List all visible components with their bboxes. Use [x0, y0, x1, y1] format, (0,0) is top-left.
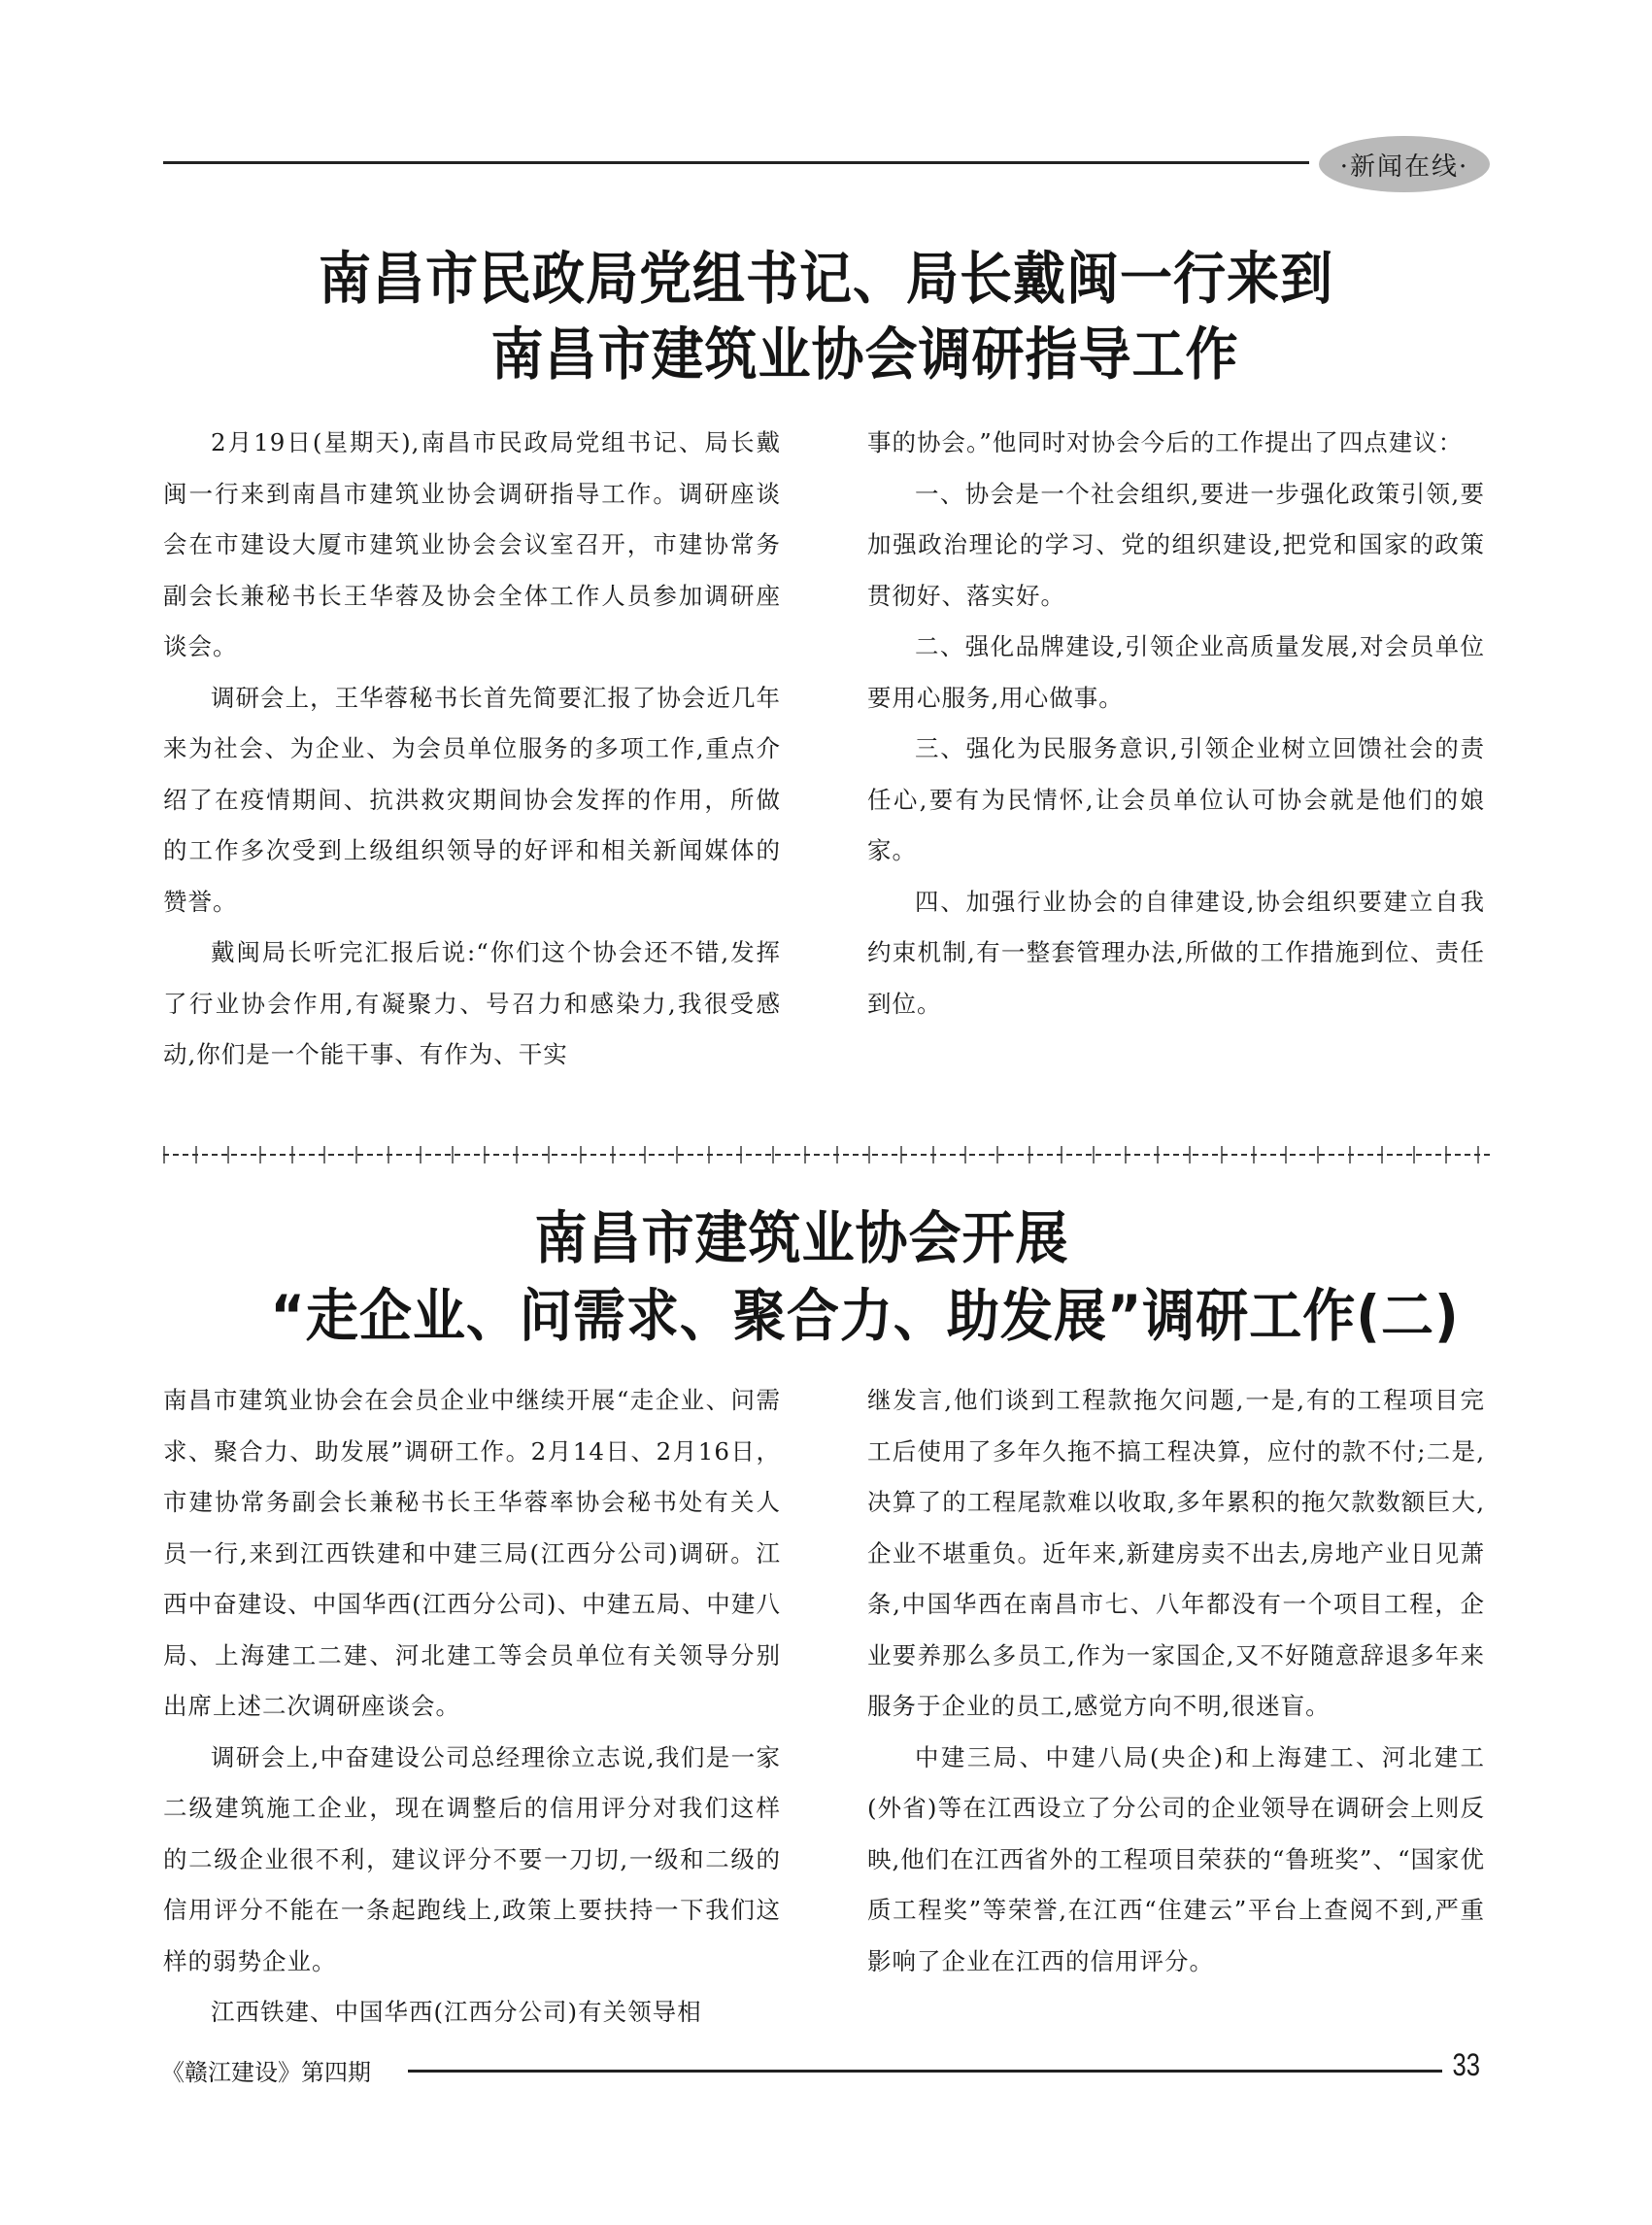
article2-title-line1: 南昌市建筑业协会开展: [0, 1194, 1628, 1274]
paragraph: 南昌市建筑业协会在会员企业中继续开展“走企业、问需求、聚合力、助发展”调研工作。…: [163, 1375, 781, 1733]
paragraph: 江西铁建、中国华西(江西分公司)有关领导相: [163, 1987, 781, 2039]
paragraph: 二、强化品牌建设,引领企业高质量发展,对会员单位要用心服务,用心做事。: [867, 622, 1485, 724]
section-badge: ·新闻在线·: [1319, 136, 1490, 192]
article2-right-column: 继发言,他们谈到工程款拖欠问题,一是,有的工程项目完工后使用了多年久拖不搞工程决…: [867, 1375, 1485, 1987]
article1-right-column: 事的协会。”他同时对协会今后的工作提出了四点建议： 一、协会是一个社会组织,要进…: [867, 418, 1485, 1029]
paragraph: 调研会上，王华蓉秘书长首先简要汇报了协会近几年来为社会、为企业、为会员单位服务的…: [163, 673, 781, 928]
article2-title-line2: “走企业、问需求、聚合力、助发展”调研工作(二): [39, 1271, 1652, 1352]
paragraph: 戴闽局长听完汇报后说:“你们这个协会还不错,发挥了行业协会作用,有凝聚力、号召力…: [163, 927, 781, 1081]
paragraph: 一、协会是一个社会组织,要进一步强化政策引领,要加强政治理论的学习、党的组织建设…: [867, 469, 1485, 623]
article1-title-line1: 南昌市民政局党组书记、局长戴闽一行来到: [0, 234, 1652, 315]
paragraph: 2月19日(星期天),南昌市民政局党组书记、局长戴闽一行来到南昌市建筑业协会调研…: [163, 418, 781, 673]
paragraph: 调研会上,中奋建设公司总经理徐立志说,我们是一家二级建筑施工企业，现在调整后的信…: [163, 1733, 781, 1988]
header-rule: [163, 161, 1309, 164]
publication-name: 《赣江建设》第四期: [161, 2053, 371, 2087]
paragraph: 中建三局、中建八局(央企)和上海建工、河北建工(外省)等在江西设立了分公司的企业…: [867, 1733, 1485, 1988]
article1-left-column: 2月19日(星期天),南昌市民政局党组书记、局长戴闽一行来到南昌市建筑业协会调研…: [163, 418, 781, 1081]
article2-left-column: 南昌市建筑业协会在会员企业中继续开展“走企业、问需求、聚合力、助发展”调研工作。…: [163, 1375, 781, 2039]
paragraph: 四、加强行业协会的自律建设,协会组织要建立自我约束机制,有一整套管理办法,所做的…: [867, 877, 1485, 1030]
footer-rule: [408, 2070, 1442, 2073]
article1-title-line2: 南昌市建筑业协会调研指导工作: [39, 310, 1652, 390]
paragraph: 继发言,他们谈到工程款拖欠问题,一是,有的工程项目完工后使用了多年久拖不搞工程决…: [867, 1375, 1485, 1733]
page-number: 33: [1453, 2047, 1480, 2083]
paragraph: 事的协会。”他同时对协会今后的工作提出了四点建议：: [867, 418, 1485, 469]
article-divider-ticks: [163, 1146, 1490, 1163]
paragraph: 三、强化为民服务意识,引领企业树立回馈社会的责任心,要有为民情怀,让会员单位认可…: [867, 724, 1485, 877]
